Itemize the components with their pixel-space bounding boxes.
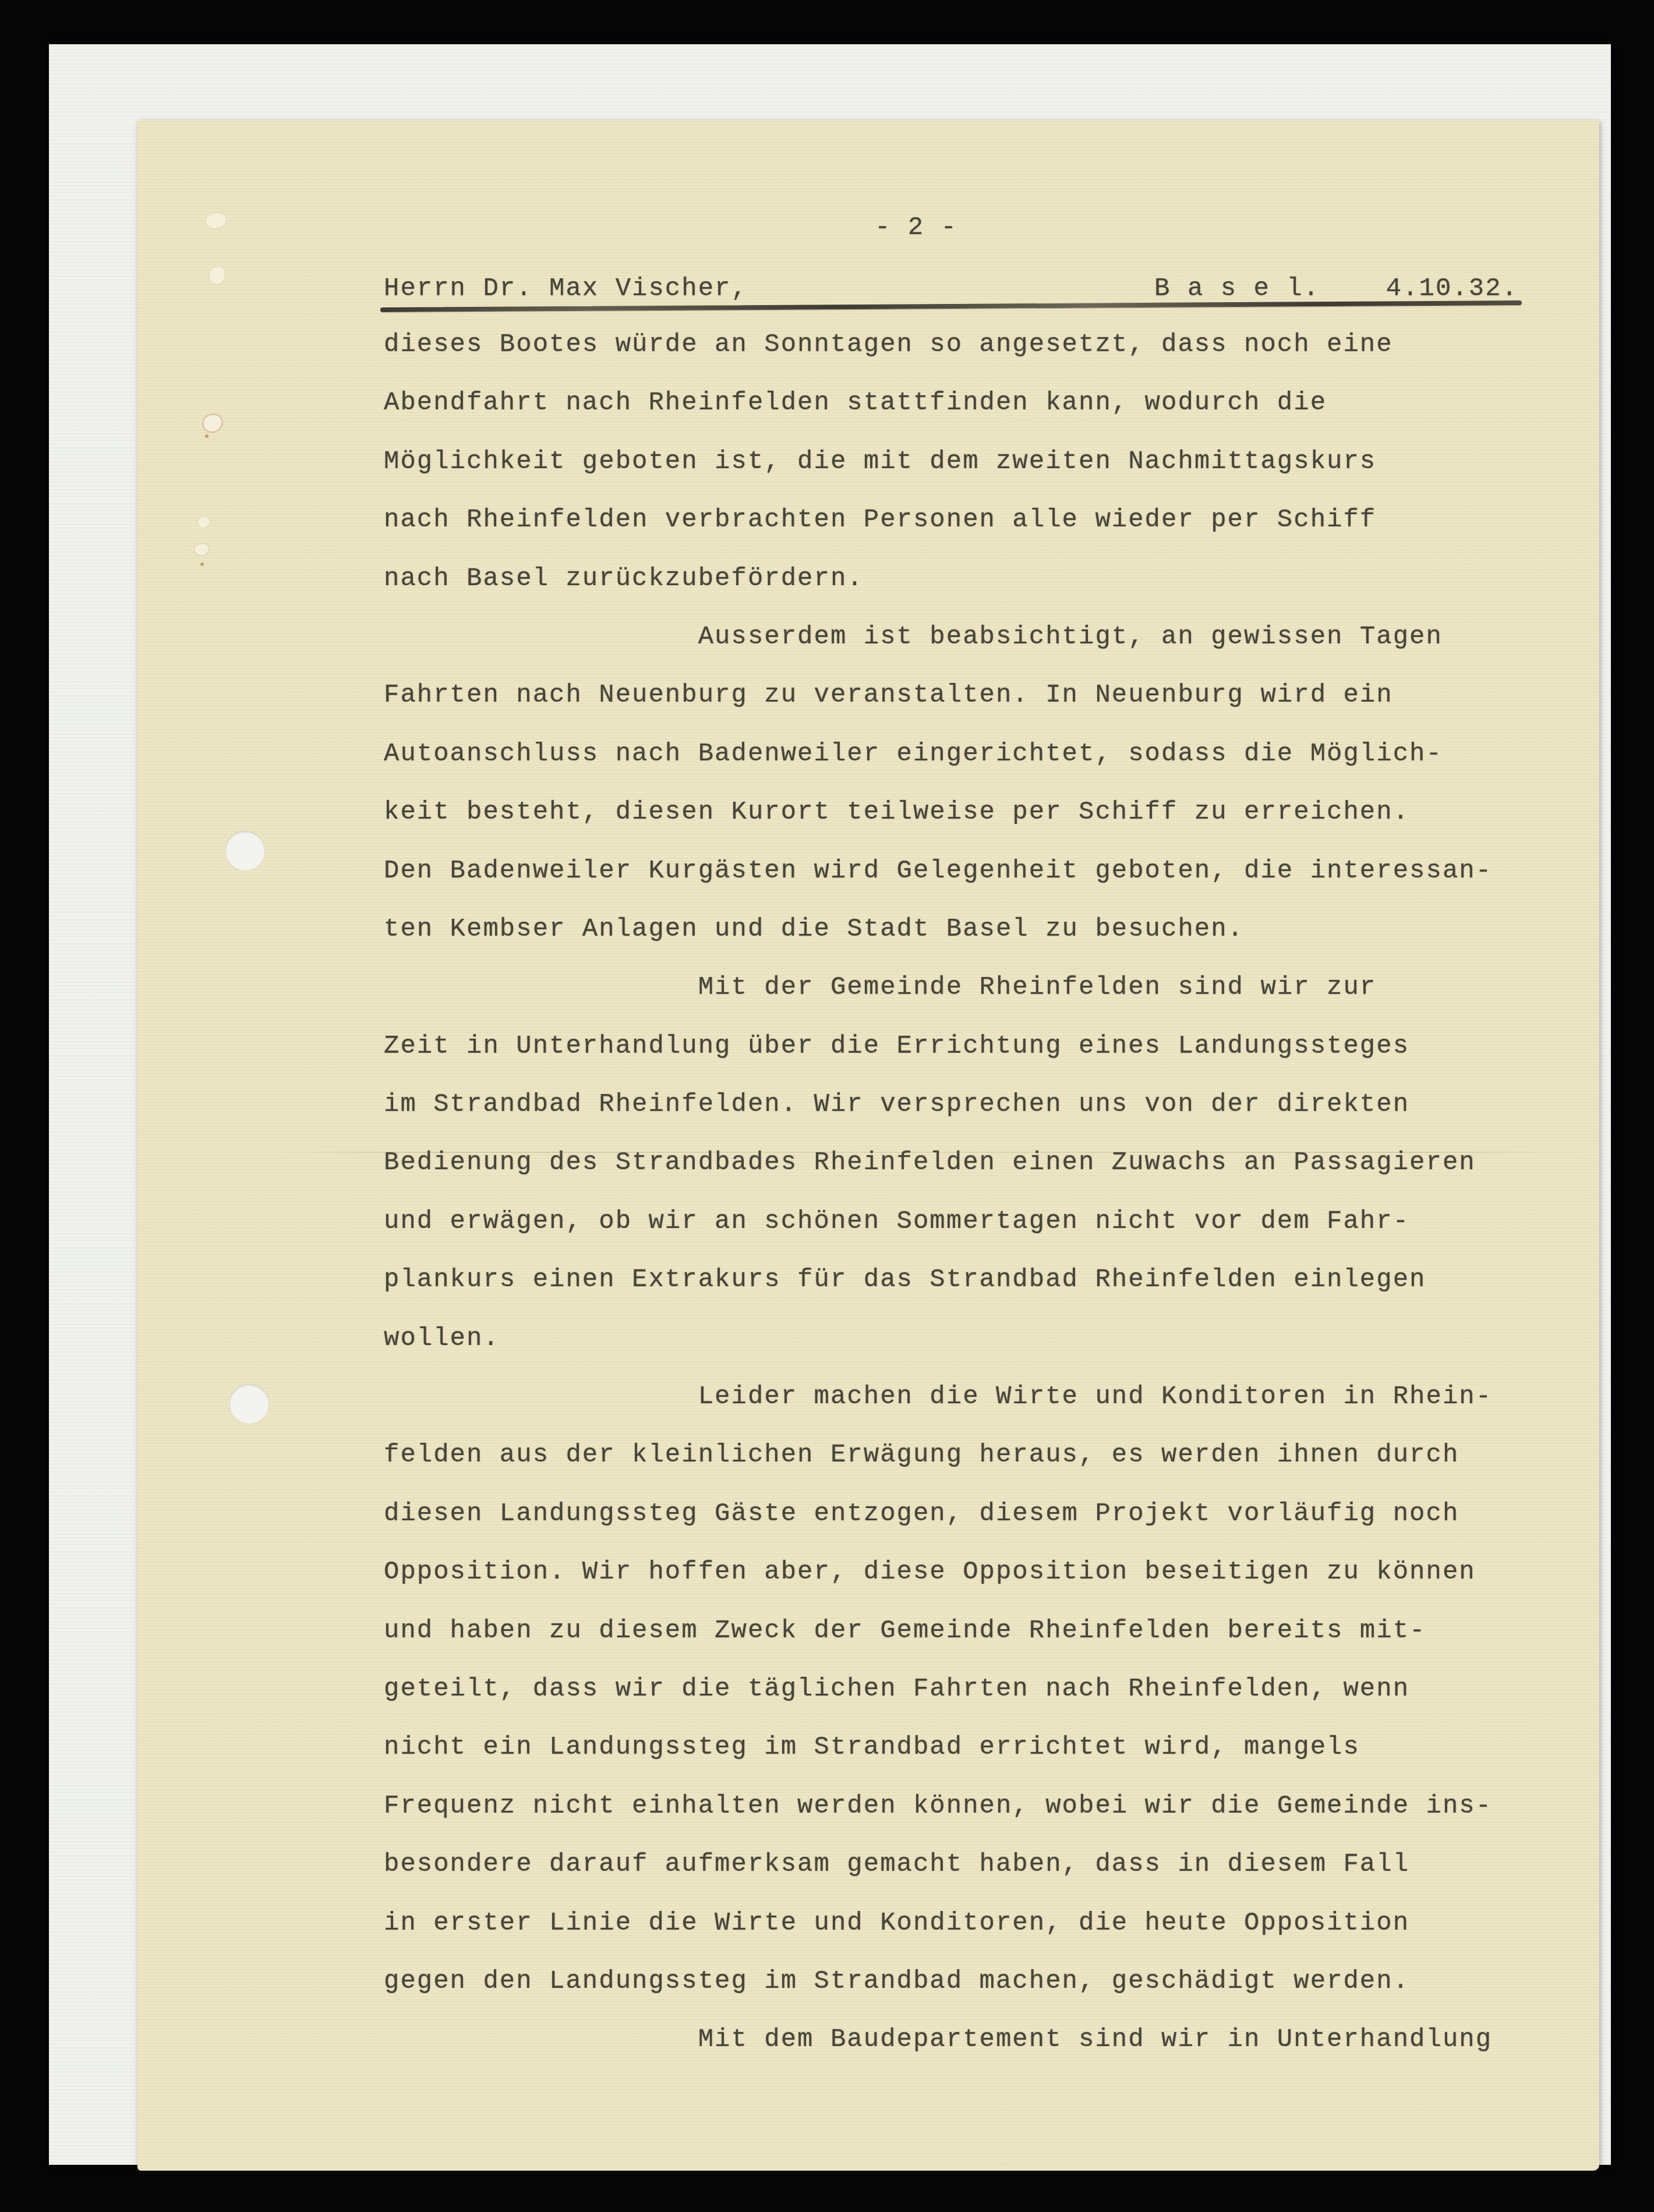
body-line: nach Rheinfelden verbrachten Personen al… <box>384 491 1543 549</box>
body-line: Leider machen die Wirte und Konditoren i… <box>384 1368 1543 1426</box>
body-line: Fahrten nach Neuenburg zu veranstalten. … <box>384 666 1543 724</box>
letter-sheet: - 2 - Herrn Dr. Max Vischer, B a s e l. … <box>137 120 1599 2171</box>
body-line: und erwägen, ob wir an schönen Sommertag… <box>384 1192 1543 1251</box>
punch-hole-top <box>225 831 265 870</box>
body-line: nach Basel zurückzubefördern. <box>384 550 1543 608</box>
recipient-line: Herrn Dr. Max Vischer, <box>384 274 748 303</box>
body-line: Möglichkeit geboten ist, die mit dem zwe… <box>384 433 1543 491</box>
body-line: diesen Landungssteg Gäste entzogen, dies… <box>384 1485 1543 1543</box>
body-line: felden aus der kleinlichen Erwägung hera… <box>384 1426 1543 1484</box>
body-line: Den Badenweiler Kurgästen wird Gelegenhe… <box>384 842 1543 900</box>
paper-blemish <box>195 544 208 555</box>
place-date: B a s e l. 4.10.32. <box>1154 274 1518 303</box>
body-line: Mit der Gemeinde Rheinfelden sind wir zu… <box>384 958 1543 1017</box>
paper-blemish <box>210 267 225 284</box>
body-line: in erster Linie die Wirte und Konditoren… <box>384 1894 1543 1952</box>
body-line: im Strandbad Rheinfelden. Wir verspreche… <box>384 1075 1543 1134</box>
body-line: Frequenz nicht einhalten werden können, … <box>384 1777 1543 1835</box>
body-line: Bedienung des Strandbades Rheinfelden ei… <box>384 1134 1543 1192</box>
paper-blemish <box>206 213 226 228</box>
body-line: und haben zu diesem Zweck der Gemeinde R… <box>384 1602 1543 1660</box>
body-line: Zeit in Unterhandlung über die Errichtun… <box>384 1017 1543 1075</box>
paper-blemish <box>203 414 222 433</box>
body-line: Mit dem Baudepartement sind wir in Unter… <box>384 2011 1543 2069</box>
body-line: gegen den Landungssteg im Strandbad mach… <box>384 1952 1543 2011</box>
body-line: Autoanschluss nach Badenweiler eingerich… <box>384 725 1543 783</box>
scan-background: - 2 - Herrn Dr. Max Vischer, B a s e l. … <box>0 0 1654 2212</box>
paper-backing: - 2 - Herrn Dr. Max Vischer, B a s e l. … <box>49 44 1611 2165</box>
page-number: - 2 - <box>875 213 957 242</box>
paper-blemish <box>198 517 210 528</box>
body-line: ten Kembser Anlagen und die Stadt Basel … <box>384 900 1543 958</box>
letter-header: Herrn Dr. Max Vischer, B a s e l. 4.10.3… <box>384 274 1518 303</box>
body-line: Abendfahrt nach Rheinfelden stattfinden … <box>384 374 1543 432</box>
body-line: Ausserdem ist beabsichtigt, an gewissen … <box>384 608 1543 666</box>
body-line: nicht ein Landungssteg im Strandbad erri… <box>384 1718 1543 1776</box>
body-line: geteilt, dass wir die täglichen Fahrten … <box>384 1660 1543 1718</box>
body-line: Opposition. Wir hoffen aber, diese Oppos… <box>384 1543 1543 1601</box>
fold-crease <box>271 1152 1593 1153</box>
punch-hole-bottom <box>229 1384 269 1424</box>
body-line: besondere darauf aufmerksam gemacht habe… <box>384 1835 1543 1894</box>
rust-speck <box>205 434 208 438</box>
rust-speck <box>200 562 204 566</box>
body-line: dieses Bootes würde an Sonntagen so ange… <box>384 316 1543 374</box>
body-line: wollen. <box>384 1309 1543 1368</box>
letter-body: dieses Bootes würde an Sonntagen so ange… <box>384 316 1543 2069</box>
body-line: keit besteht, diesen Kurort teilweise pe… <box>384 783 1543 841</box>
body-line: plankurs einen Extrakurs für das Strandb… <box>384 1251 1543 1309</box>
